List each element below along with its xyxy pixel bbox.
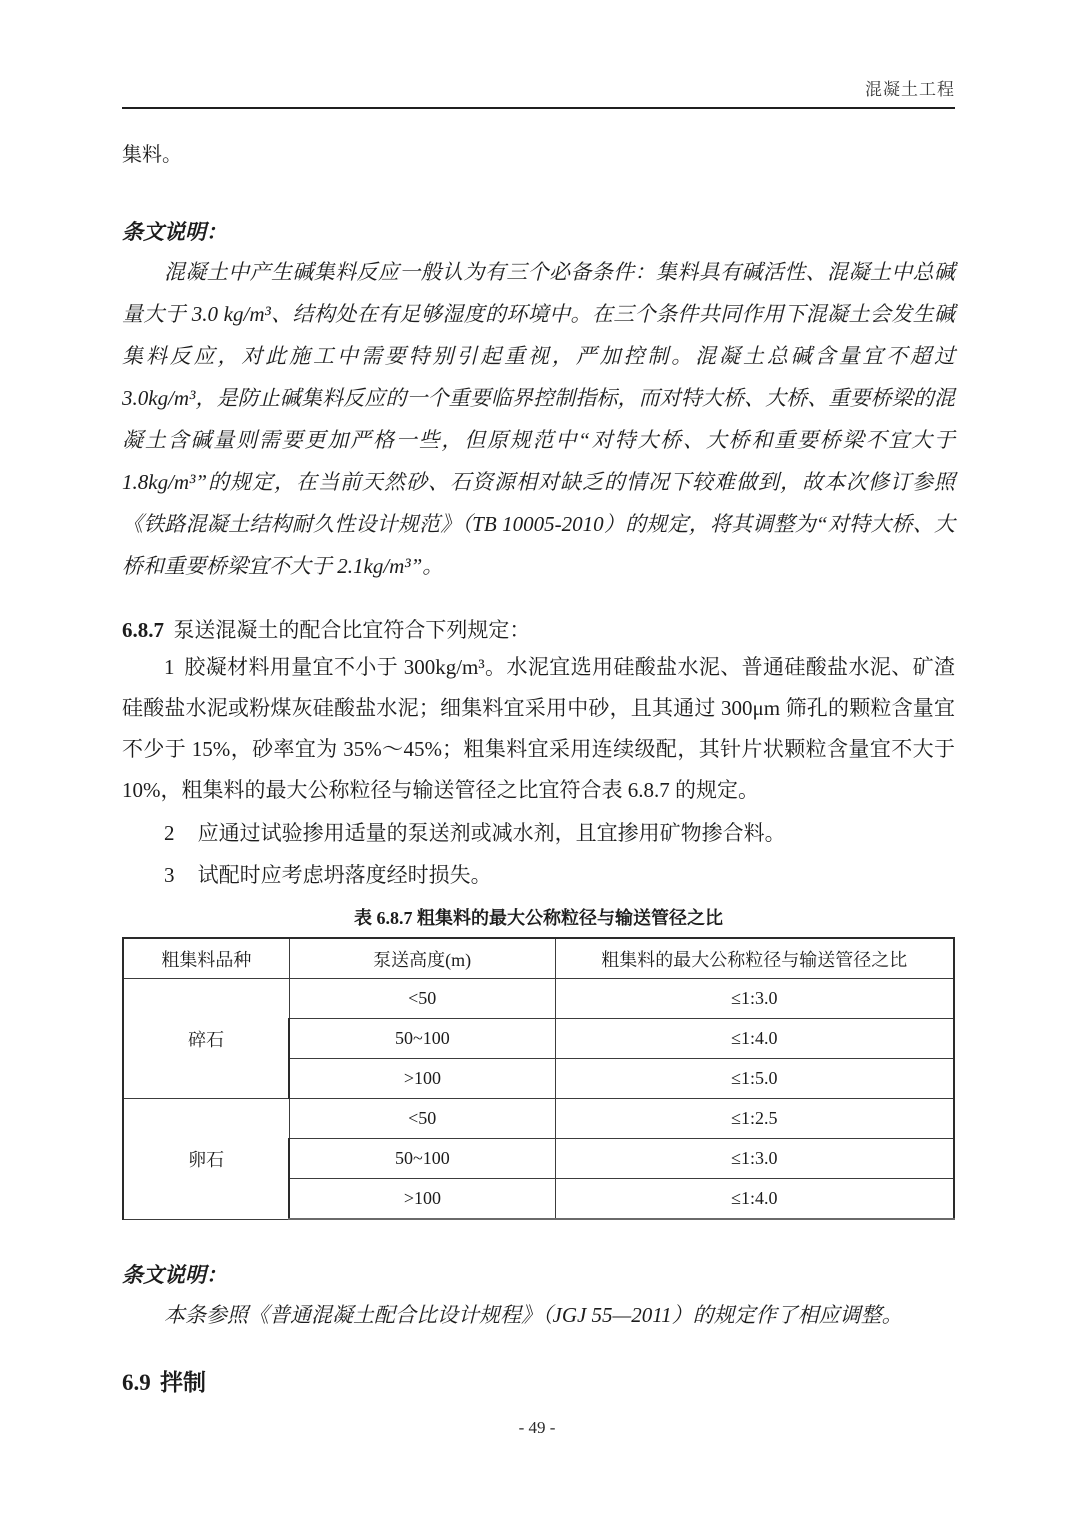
commentary-body-1: 混凝土中产生碱集料反应一般认为有三个必备条件：集料具有碱活性、混凝土中总碱量大于… [122,251,955,587]
section-number: 6.9 [122,1370,151,1395]
page-footer: - 49 - [0,1418,1074,1438]
clause-item-1: 1胶凝材料用量宜不小于 300kg/m³。水泥宜选用硅酸盐水泥、普通硅酸盐水泥、… [122,647,955,811]
table-header-row: 粗集料品种 泵送高度(m) 粗集料的最大公称粒径与输送管径之比 [123,938,954,979]
table-header-pump-height: 泵送高度(m) [289,938,555,979]
table-cell-ratio: ≤1:5.0 [555,1059,954,1099]
commentary-label-1: 条文说明： [122,217,955,247]
table-header-aggregate-type: 粗集料品种 [123,938,289,979]
commentary-label-2: 条文说明： [122,1260,955,1290]
clause-item-1-text: 胶凝材料用量宜不小于 300kg/m³。水泥宜选用硅酸盐水泥、普通硅酸盐水泥、矿… [122,655,955,802]
clause-item-3-number: 3 [164,863,175,887]
table-row: 碎石 <50 ≤1:3.0 [123,979,954,1019]
table-cell-pump-height: 50~100 [289,1019,555,1059]
table-cell-pump-height: >100 [289,1059,555,1099]
table-row: 卵石 <50 ≤1:2.5 [123,1099,954,1139]
page-number: - 49 - [519,1418,556,1437]
clause-item-2: 2应通过试验掺用适量的泵送剂或减水剂，且宜掺用矿物掺合料。 [122,813,955,853]
document-page: { "header": { "title": "混凝土工程" }, "intro… [0,0,1074,1520]
table-header-ratio: 粗集料的最大公称粒径与输送管径之比 [555,938,954,979]
section-6-9-heading: 6.9拌制 [122,1366,955,1399]
table-6-8-7: 粗集料品种 泵送高度(m) 粗集料的最大公称粒径与输送管径之比 碎石 <50 ≤… [122,937,955,1220]
table-cell-pump-height: <50 [289,979,555,1019]
commentary-body-2: 本条参照《普通混凝土配合比设计规程》（JGJ 55—2011）的规定作了相应调整… [122,1294,955,1336]
section-title: 拌制 [160,1369,206,1395]
table-cell-ratio: ≤1:4.0 [555,1179,954,1220]
table-6-8-7-title: 表 6.8.7 粗集料的最大公称粒径与输送管径之比 [122,905,955,931]
page-header: 混凝土工程 [122,0,955,109]
clause-title: 泵送混凝土的配合比宜符合下列规定： [173,618,530,642]
page-content: 混凝土工程 集料。 条文说明： 混凝土中产生碱集料反应一般认为有三个必备条件：集… [0,0,1074,1399]
clause-item-1-number: 1 [164,655,175,679]
table-cell-ratio: ≤1:3.0 [555,979,954,1019]
table-cell-pump-height: >100 [289,1179,555,1220]
table-cell-ratio: ≤1:4.0 [555,1019,954,1059]
table-cell-ratio: ≤1:3.0 [555,1139,954,1179]
clause-6-8-7-heading: 6.8.7泵送混凝土的配合比宜符合下列规定： [122,615,955,645]
table-cell-aggregate-type: 碎石 [123,979,289,1099]
table-cell-ratio: ≤1:2.5 [555,1099,954,1139]
clause-number: 6.8.7 [122,618,164,642]
carried-over-text: 集料。 [122,141,955,169]
clause-item-3: 3试配时应考虑坍落度经时损失。 [122,855,955,895]
table-cell-pump-height: <50 [289,1099,555,1139]
table-cell-aggregate-type: 卵石 [123,1099,289,1220]
running-head-title: 混凝土工程 [865,80,955,99]
clause-item-3-text: 试配时应考虑坍落度经时损失。 [198,863,492,887]
clause-item-2-number: 2 [164,821,175,845]
table-cell-pump-height: 50~100 [289,1139,555,1179]
clause-item-2-text: 应通过试验掺用适量的泵送剂或减水剂，且宜掺用矿物掺合料。 [198,821,786,845]
